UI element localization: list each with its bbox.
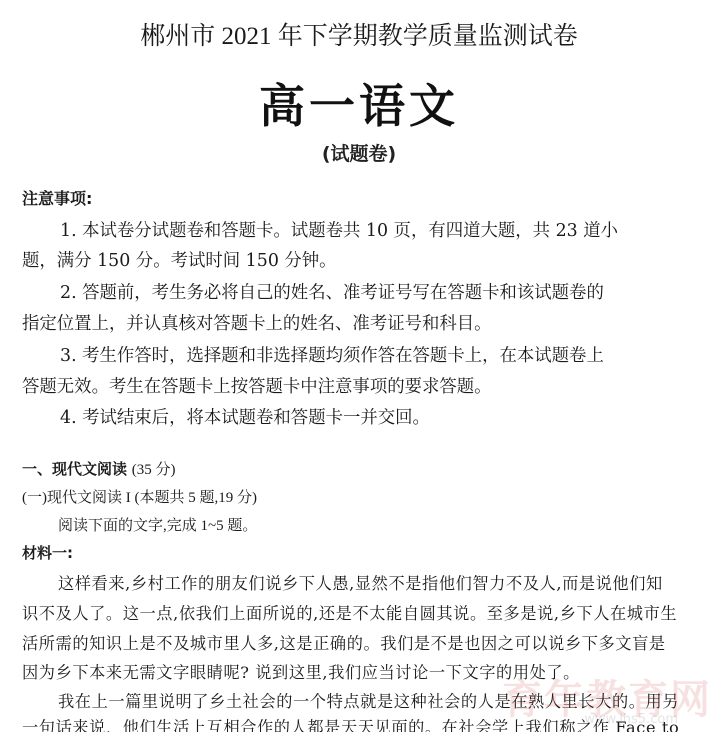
notice-heading: 注意事项: [22,186,92,209]
paragraph-line: 这样看来,乡村工作的朋友们说乡下人愚,显然不是指他们智力不及人,而是说他们知 [58,570,663,594]
notice-line: 1. 本试卷分试题卷和答题卡。试题卷共 10 页，有四道大题，共 23 道小 [60,216,618,241]
subject-title: 高一语文 [0,70,718,136]
notice-line: 3. 考生作答时，选择题和非选择题均须作答在答题卡上，在本试题卷上 [60,341,604,366]
paper-type-label: (试题卷) [0,139,718,166]
notice-line: 题，满分 150 分。考试时间 150 分钟。 [22,246,337,271]
notice-line: 4. 考试结束后，将本试题卷和答题卡一并交回。 [60,403,430,428]
section-heading: 一、现代文阅读 (35 分) [22,458,176,479]
paragraph-line: 识不及人了。这一点,依我们上面所说的,还是不太能自圆其说。至多是说,乡下人在城市… [22,600,677,624]
notice-line: 答题无效。考生在答题卡上按答题卡中注意事项的要求答题。 [22,372,492,397]
section-title: 一、现代文阅读 [22,460,127,478]
notice-line: 2. 答题前，考生务必将自己的姓名、准考证号写在答题卡和该试题卷的 [60,278,604,303]
exam-header: 郴州市 2021 年下学期教学质量监测试卷 [0,16,718,52]
watermark-url: www.jhs5.com [584,712,678,727]
paragraph-line: 活所需的知识上是不及城市里人多,这是正确的。我们是不是也因之可以说乡下多文盲是 [22,630,666,654]
material-label: 材料一: [22,542,73,563]
notice-line: 指定位置上，并认真核对答题卡上的姓名、准考证号和科目。 [22,309,492,334]
reading-instruction: 阅读下面的文字,完成 1~5 题。 [58,514,257,535]
sub-section-heading: (一)现代文阅读 I (本题共 5 题,19 分) [22,486,257,507]
paragraph-line: 因为乡下本来无需文字眼睛呢? 说到这里,我们应当讨论一下文字的用处了。 [22,659,580,683]
section-score: (35 分) [132,462,176,478]
